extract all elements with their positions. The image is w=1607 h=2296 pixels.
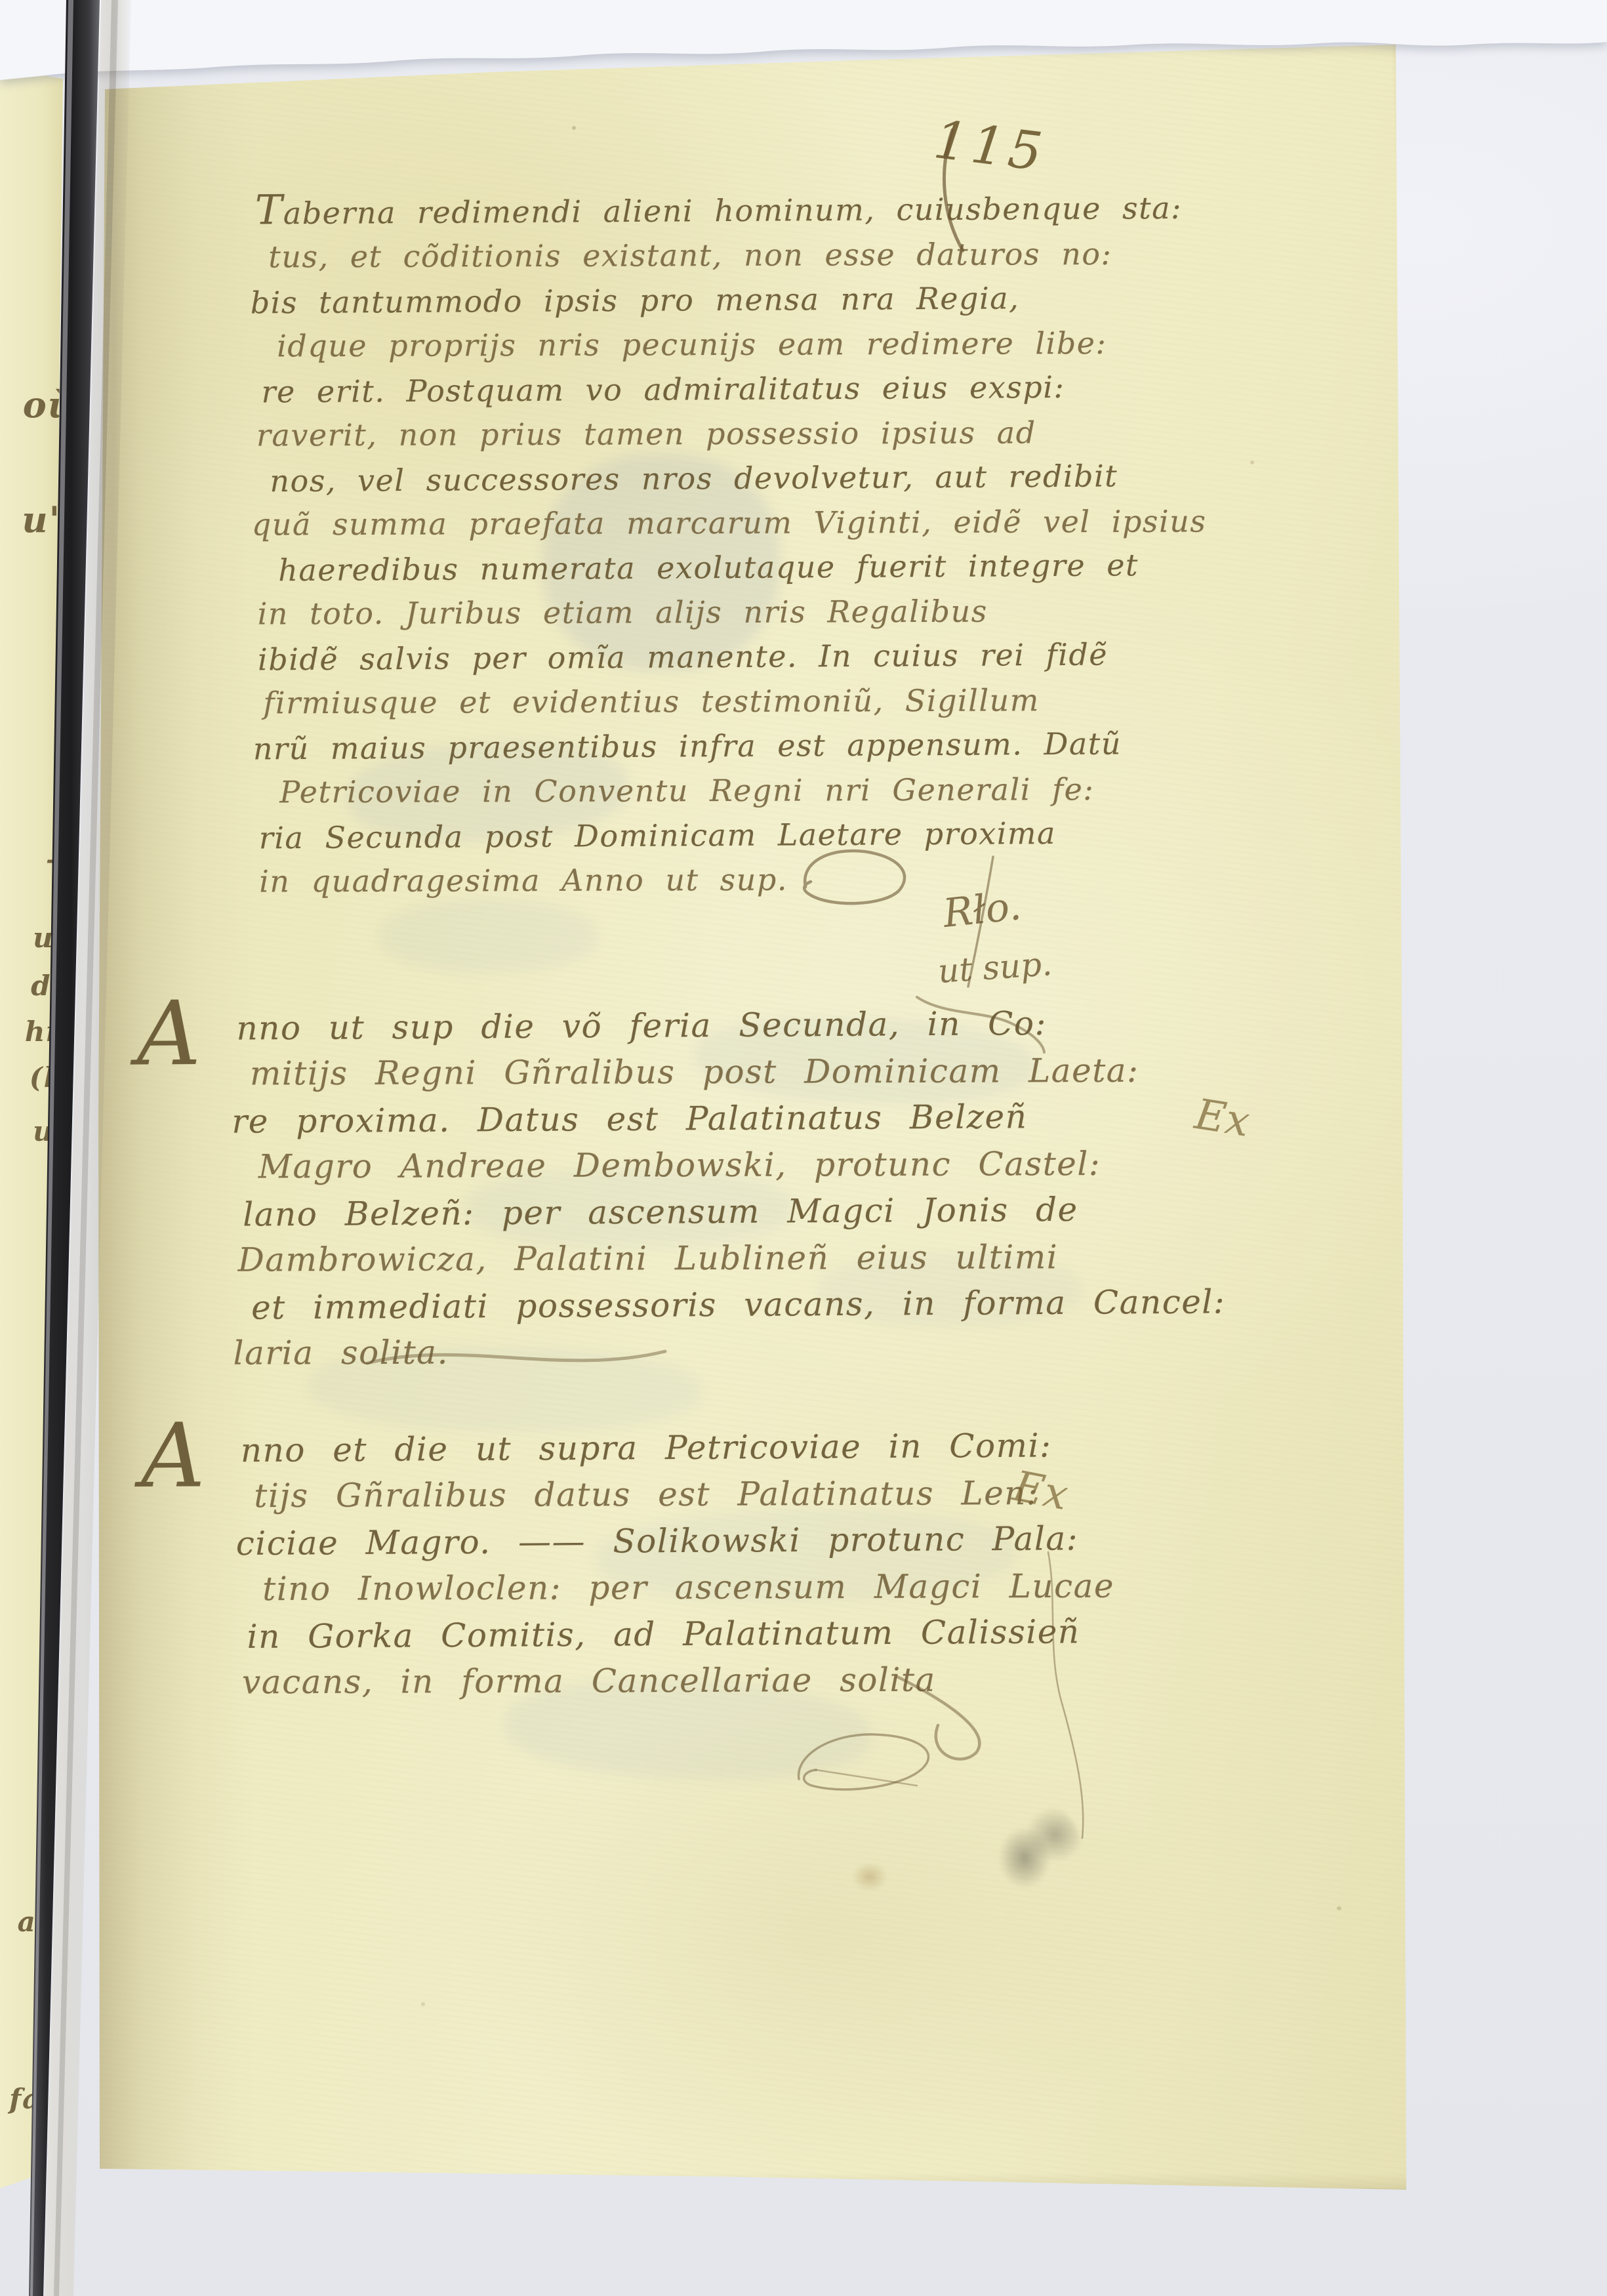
entry-2-text-block: Anno ut sup die võ feria Secunda, in Co:…	[236, 999, 1226, 1378]
manuscript-line: Dambrowicza, Palatini Lublineñ eius ulti…	[238, 1233, 1225, 1283]
bleed-through	[379, 900, 596, 972]
manuscript-line: tijs Gñralibus datus est Palatinatus Len…	[254, 1470, 1114, 1520]
manuscript-line: firmiusque et evidentius testimoniũ, Sig…	[263, 677, 1208, 725]
manuscript-line: haeredibus numerata exolutaque fuerit in…	[278, 543, 1207, 593]
manuscript-line: tino Inowloclen: per ascensum Magci Luca…	[262, 1563, 1114, 1613]
entry-1-text-block: Taberna redimendi alieni hominum, cuiusb…	[255, 182, 1209, 905]
manuscript-line: ria Secunda post Dominicam Laetare proxi…	[259, 810, 1209, 861]
manuscript-line: in quadragesima Anno ut sup.	[259, 855, 1209, 903]
entry-3-text-block: Anno et die ut supra Petricoviae in Comi…	[241, 1422, 1115, 1707]
manuscript-line: et immediati possessoris vacans, in form…	[251, 1279, 1225, 1331]
manuscript-line: raverit, non prius tamen possessio ipsiu…	[256, 409, 1206, 457]
manuscript-line: bis tantummodo ipsis pro mensa nra Regia…	[251, 275, 1206, 325]
manuscript-line: ciciae Magro. —— Solikowski protunc Pala…	[236, 1515, 1114, 1567]
manuscript-line: in toto. Juribus etiam alijs nris Regali…	[258, 588, 1208, 636]
manuscript-line: mitijs Regni Gñralibus post Dominicam La…	[250, 1047, 1224, 1097]
cover-sheet	[0, 0, 1607, 98]
manuscript-line: re proxima. Datus est Palatinatus Belzeñ	[232, 1092, 1224, 1145]
entry-1-closing-mark: Rło.	[941, 883, 1023, 937]
manuscript-line: Anno ut sup die võ feria Secunda, in Co:	[236, 999, 1223, 1052]
manuscript-photo: oùu',—uddi:his(h'ubhimausfata 115 Tabern…	[0, 0, 1607, 2296]
speck	[1337, 1906, 1341, 1910]
manuscript-line: idque proprijs nris pecunijs eam redimer…	[277, 320, 1206, 368]
manuscript-line: vacans, in forma Cancellariae solita	[242, 1656, 1115, 1706]
manuscript-line: Magro Andreae Dembowski, protunc Castel:	[258, 1140, 1225, 1190]
speck	[572, 126, 576, 130]
manuscript-line: lano Belzeñ: per ascensum Magci Jonis de	[243, 1185, 1225, 1238]
manuscript-line: Petricoviae in Conventu Regni nri Genera…	[279, 766, 1208, 814]
manuscript-line: nrũ maius praesentibus infra est appensu…	[253, 721, 1208, 771]
manuscript-line: Anno et die ut supra Petricoviae in Comi…	[241, 1422, 1114, 1474]
manuscript-line: quã summa praefata marcarum Viginti, eid…	[252, 499, 1207, 546]
entry-2-margin-note: Ex	[1192, 1090, 1253, 1147]
manuscript-line: tus, et cõditionis existant, non esse da…	[268, 231, 1205, 279]
manuscript-line: ibidẽ salvis per omĩa manente. In cuius …	[258, 632, 1208, 682]
manuscript-line: nos, vel successores nros devolvetur, au…	[270, 453, 1206, 504]
manuscript-line: laria solita.	[233, 1326, 1225, 1376]
manuscript-line: re erit. Postquam vo admiralitatus eius …	[261, 364, 1206, 415]
entry-1-closing-mark: ut sup.	[937, 945, 1053, 991]
speck	[421, 2002, 425, 2006]
cover-sheet-paper	[0, 0, 1607, 80]
manuscript-line: Taberna redimendi alieni hominum, cuiusb…	[255, 182, 1205, 236]
entry-3-margin-note: Ex	[1009, 1462, 1072, 1520]
speck	[1250, 461, 1254, 464]
manuscript-line: in Gorka Comitis, ad Palatinatum Calissi…	[247, 1609, 1114, 1660]
